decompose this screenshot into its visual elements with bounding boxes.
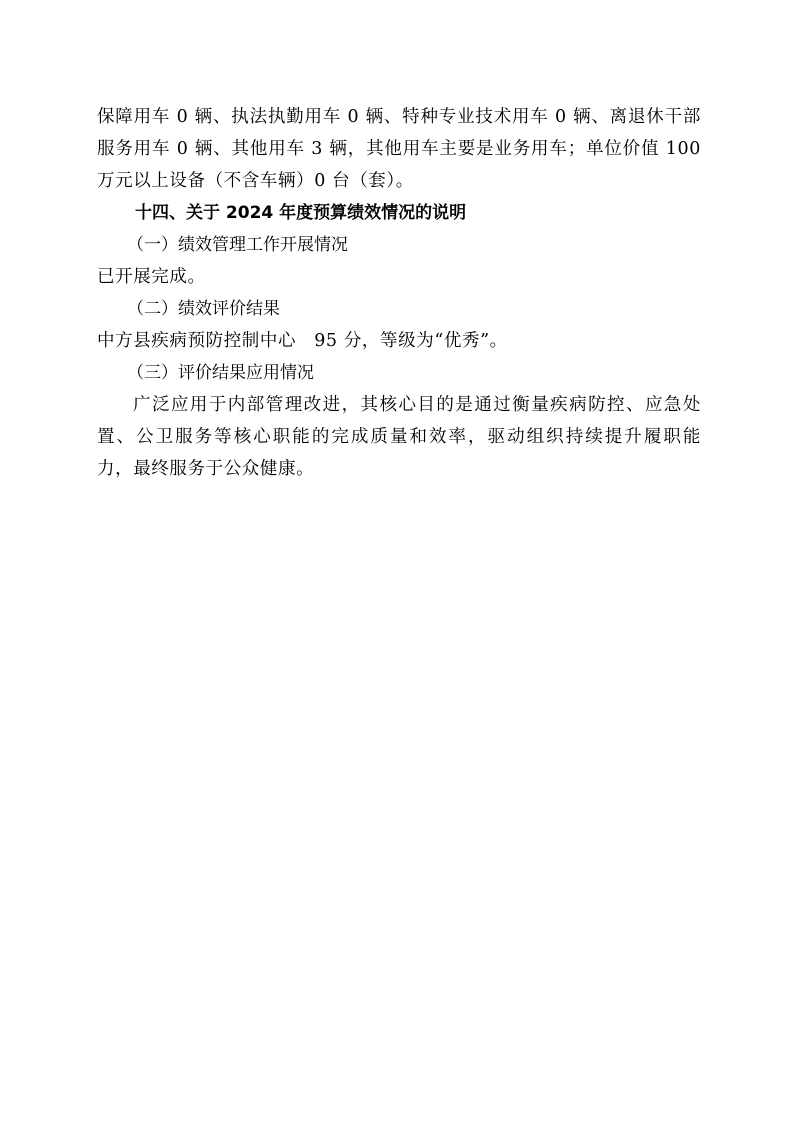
body-text-line: 已开展完成。	[97, 261, 701, 293]
body-text-line: 中方县疾病预防控制中心 95 分，等级为“优秀”。	[97, 325, 701, 357]
body-text-line: 广泛应用于内部管理改进，其核心目的是通过衡量疾病防控、应急处	[97, 389, 701, 421]
subsection-heading: （一）绩效管理工作开展情况	[97, 229, 701, 261]
body-text-line: 服务用车 0 辆、其他用车 3 辆，其他用车主要是业务用车；单位价值 100	[97, 133, 701, 165]
body-text-line: 置、公卫服务等核心职能的完成质量和效率，驱动组织持续提升履职能	[97, 421, 701, 453]
body-text-line: 保障用车 0 辆、执法执勤用车 0 辆、特种专业技术用车 0 辆、离退休干部	[97, 101, 701, 133]
body-text-line: 万元以上设备（不含车辆）0 台（套）。	[97, 165, 701, 197]
document-page: 保障用车 0 辆、执法执勤用车 0 辆、特种专业技术用车 0 辆、离退休干部 服…	[97, 101, 701, 485]
section-title: 十四、关于 2024 年度预算绩效情况的说明	[97, 197, 701, 229]
subsection-heading: （三）评价结果应用情况	[97, 357, 701, 389]
body-text-line: 力，最终服务于公众健康。	[97, 453, 701, 485]
subsection-heading: （二）绩效评价结果	[97, 293, 701, 325]
